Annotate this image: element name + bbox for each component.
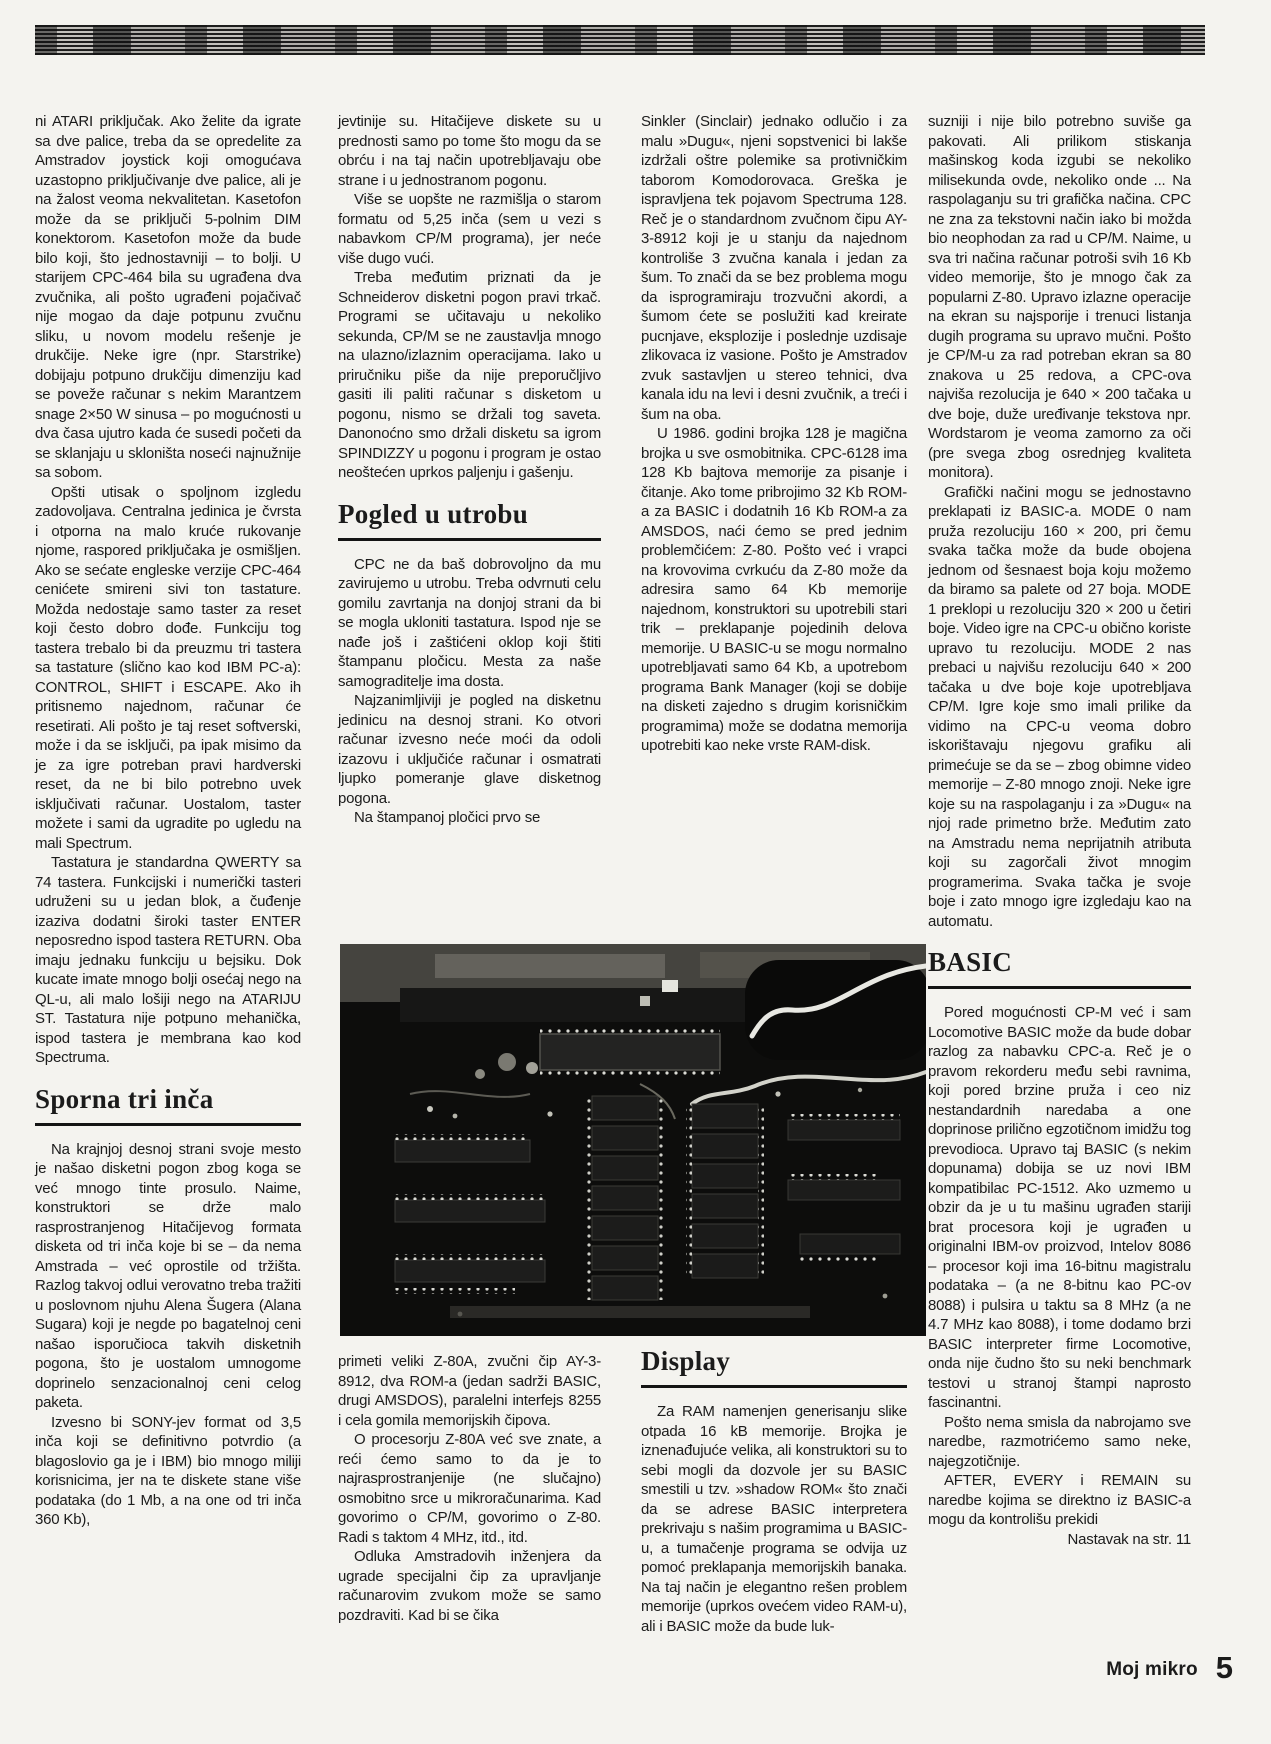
magazine-name: Moj mikro [1106, 1659, 1198, 1680]
halftone-stripe-banner [35, 25, 1205, 55]
paragraph: Izvesno bi SONY-jev format od 3,5 inča k… [35, 1413, 301, 1530]
paragraph: Tastatura je standardna QWERTY sa 74 tas… [35, 853, 301, 1068]
continuation-note: Nastavak na str. 11 [928, 1530, 1191, 1550]
paragraph: Pored mogućnosti CP-M već i sam Locomoti… [928, 1003, 1191, 1413]
page-number: 5 [1216, 1650, 1233, 1685]
article-column-3-top: Sinkler (Sinclair) jednako odlučio i za … [641, 112, 907, 756]
paragraph: Na krajnjoj desnoj strani svoje mesto je… [35, 1140, 301, 1413]
paragraph: primeti veliki Z-80A, zvučni čip AY-3-89… [338, 1352, 601, 1430]
paragraph: Više se uopšte ne razmišlja o starom for… [338, 190, 601, 268]
magazine-page: ni ATARI priključak. Ako želite da igrat… [0, 0, 1271, 1744]
paragraph: O procesorju Z-80A već sve znate, a reći… [338, 1430, 601, 1547]
paragraph: CPC ne da baš dobrovoljno da mu zaviruje… [338, 555, 601, 692]
page-footer: Moj mikro5 [900, 1650, 1233, 1686]
section-heading-pogled-u-utrobu: Pogled u utrobu [338, 499, 601, 529]
paragraph: Grafički načini mogu se jednostavno prek… [928, 483, 1191, 932]
heading-rule [338, 538, 601, 541]
paragraph: jevtinije su. Hitačijeve diskete su u pr… [338, 112, 601, 190]
paragraph: Za RAM namenjen generisanju slike otpada… [641, 1402, 907, 1636]
paragraph: Na štampanoj pločici prvo se [338, 808, 601, 828]
paragraph: Pošto nema smisla da nabrojamo sve nared… [928, 1413, 1191, 1472]
section-heading-display: Display [641, 1346, 907, 1376]
section-heading-basic: BASIC [928, 947, 1191, 977]
paragraph: ni ATARI priključak. Ako želite da igrat… [35, 112, 301, 483]
heading-rule [928, 986, 1191, 989]
circuit-board-photo [340, 944, 926, 1336]
paragraph: Treba međutim priznati da je Schneiderov… [338, 268, 601, 483]
article-column-2-top: jevtinije su. Hitačijeve diskete su u pr… [338, 112, 601, 828]
article-column-2-bottom: primeti veliki Z-80A, zvučni čip AY-3-89… [338, 1352, 601, 1625]
heading-rule [35, 1123, 301, 1126]
paragraph: Najzanimljiviji je pogled na disketnu je… [338, 691, 601, 808]
paragraph: U 1986. godini brojka 128 je magična bro… [641, 424, 907, 756]
article-column-4: suzniji i nije bilo potrebno suviše ga p… [928, 112, 1191, 1549]
paragraph: AFTER, EVERY i REMAIN su naredbe kojima … [928, 1471, 1191, 1530]
circuit-board-illustration [340, 944, 926, 1336]
article-column-1: ni ATARI priključak. Ako želite da igrat… [35, 112, 301, 1530]
heading-rule [641, 1385, 907, 1388]
article-column-3-bottom: Display Za RAM namenjen generisanju slik… [641, 1330, 907, 1636]
paragraph: Opšti utisak o spoljnom izgledu zadovolj… [35, 483, 301, 854]
paragraph: Odluka Amstradovih inženjera da ugrade s… [338, 1547, 601, 1625]
section-heading-sporna-tri-inca: Sporna tri inča [35, 1084, 301, 1114]
paragraph: Sinkler (Sinclair) jednako odlučio i za … [641, 112, 907, 424]
paragraph: suzniji i nije bilo potrebno suviše ga p… [928, 112, 1191, 483]
